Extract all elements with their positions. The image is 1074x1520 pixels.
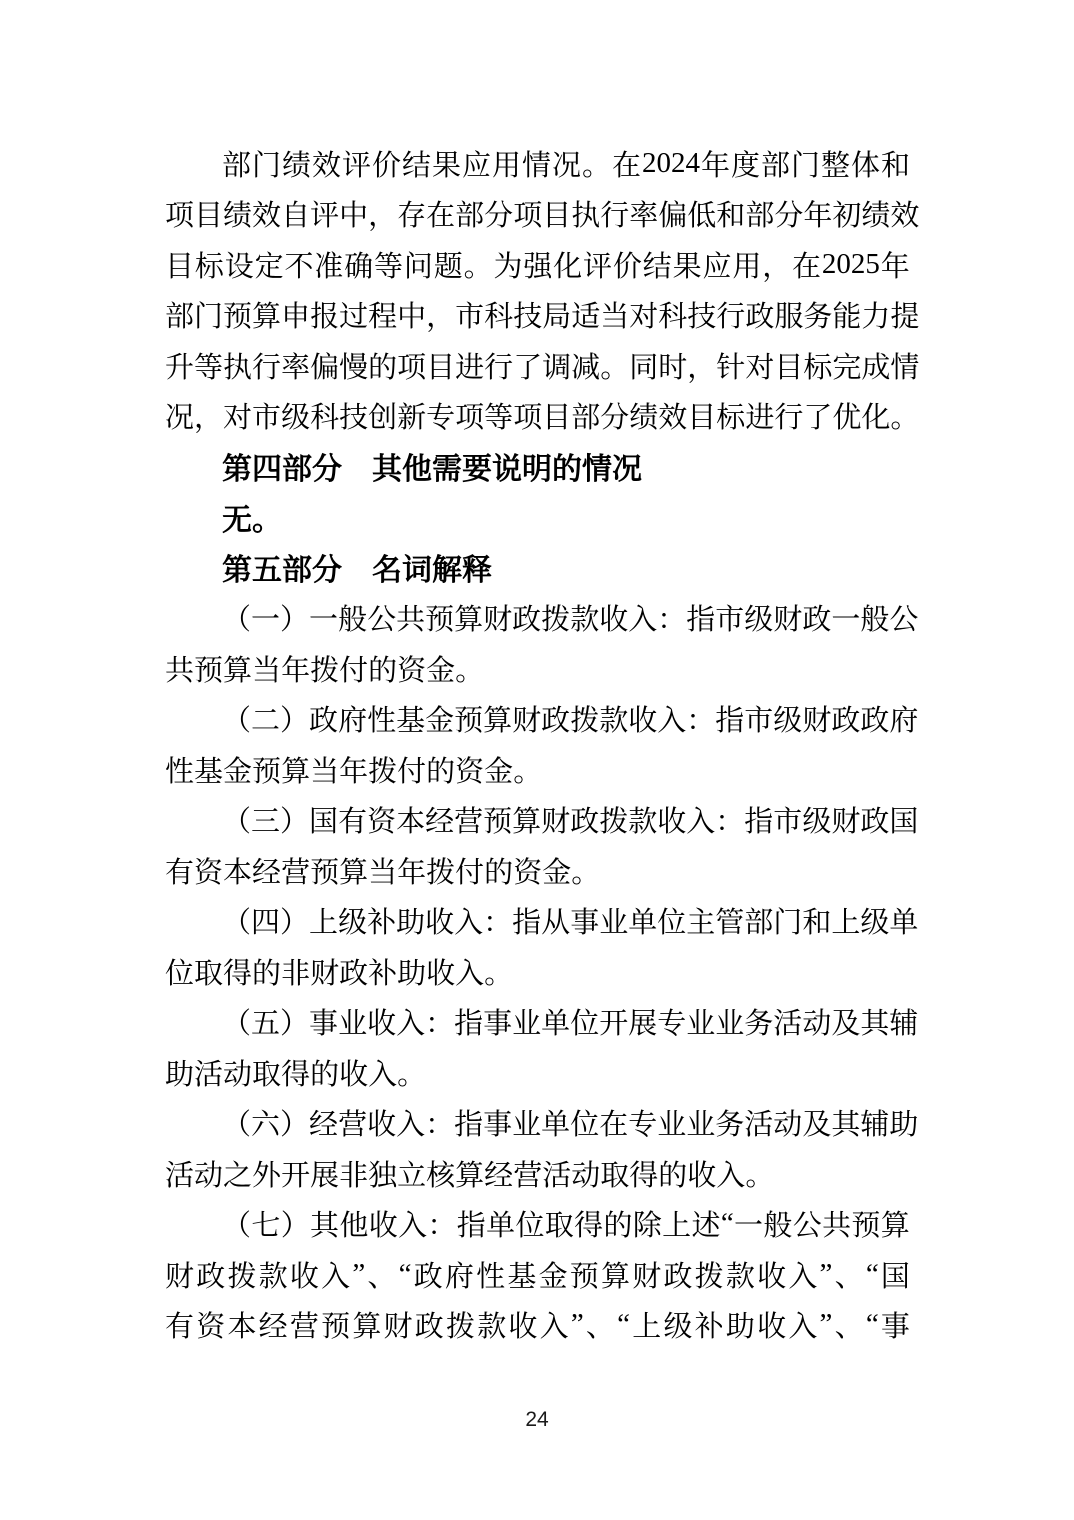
text-line: 项目绩效自评中，存在部分项目执行率偏低和部分年初绩效 [165,189,910,240]
text-line: （六）经营收入：指事业单位在专业业务活动及其辅助 [222,1098,910,1149]
heading-line: 无。 [222,492,910,543]
text-line: 部门预算申报过程中，市科技局适当对科技行政服务能力提 [165,290,910,341]
heading-line: 第五部分 名词解释 [222,542,910,593]
text-line: 助活动取得的收入。 [165,1047,910,1098]
page-number: 24 [525,1408,548,1431]
text-line: （四）上级补助收入：指从事业单位主管部门和上级单 [222,896,910,947]
document-page: 部门绩效评价结果应用情况。在2024年度部门整体和项目绩效自评中，存在部分项目执… [0,0,1074,1520]
text-line: 性基金预算当年拨付的资金。 [165,744,910,795]
text-line: （三）国有资本经营预算财政拨款收入：指市级财政国 [222,795,910,846]
text-line: 升等执行率偏慢的项目进行了调减。同时，针对目标完成情 [165,340,910,391]
text-line: 共预算当年拨付的资金。 [165,643,910,694]
text-line: 有资本经营预算当年拨付的资金。 [165,845,910,896]
text-line: 财政拨款收入”、“政府性基金预算财政拨款收入”、“国 [165,1249,910,1300]
text-line: 有资本经营预算财政拨款收入”、“上级补助收入”、“事 [165,1300,910,1351]
text-line: 况，对市级科技创新专项等项目部分绩效目标进行了优化。 [165,391,910,442]
text-line: （二）政府性基金预算财政拨款收入：指市级财政政府 [222,694,910,745]
text-line: （五）事业收入：指事业单位开展专业业务活动及其辅 [222,997,910,1048]
page-footer: 24 [0,1408,1074,1432]
text-line: 目标设定不准确等问题。为强化评价结果应用，在2025年 [165,239,910,290]
heading-line: 第四部分 其他需要说明的情况 [222,441,910,492]
text-line: 部门绩效评价结果应用情况。在2024年度部门整体和 [222,138,910,189]
text-line: 位取得的非财政补助收入。 [165,946,910,997]
document-body: 部门绩效评价结果应用情况。在2024年度部门整体和项目绩效自评中，存在部分项目执… [165,138,910,1350]
text-line: 活动之外开展非独立核算经营活动取得的收入。 [165,1148,910,1199]
text-line: （一）一般公共预算财政拨款收入：指市级财政一般公 [222,593,910,644]
text-line: （七）其他收入：指单位取得的除上述“一般公共预算 [222,1199,910,1250]
